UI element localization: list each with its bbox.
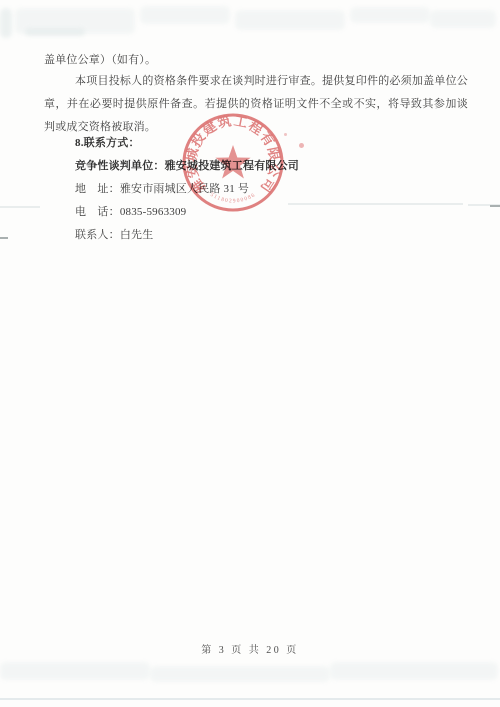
scan-streak xyxy=(288,203,463,205)
contact-person-label: 联系人： xyxy=(75,229,120,241)
scanned-document-page: 盖单位公章）（如有）。 本项目投标人的资格条件要求在谈判时进行审查。提供复印件的… xyxy=(0,0,500,707)
contact-person-value: 白先生 xyxy=(120,229,154,241)
scan-streak xyxy=(0,206,40,208)
phone-label: 电 话： xyxy=(75,206,120,218)
seal-star-icon xyxy=(215,145,250,178)
scan-smudge xyxy=(140,6,230,24)
scan-smudge xyxy=(235,10,345,30)
scan-smudge xyxy=(25,28,85,36)
page-number-footer: 第 3 页 共 20 页 xyxy=(0,641,500,656)
scan-edge-mark xyxy=(0,237,8,239)
phone-value: 0835-5963309 xyxy=(120,206,187,218)
scan-edge-line xyxy=(0,698,500,700)
continuation-line: 盖单位公章）（如有）。 xyxy=(44,49,468,72)
scan-smudge xyxy=(350,7,430,23)
seal-registration-code: 511802900086 xyxy=(209,192,257,205)
ink-speck xyxy=(299,143,304,148)
address-label: 地 址： xyxy=(75,183,120,195)
negotiation-unit-label: 竞争性谈判单位： xyxy=(75,160,165,172)
scan-smudge xyxy=(150,666,330,682)
contact-person-line: 联系人：白先生 xyxy=(75,224,375,247)
scan-smudge xyxy=(430,10,496,28)
company-seal-stamp: 雅安城投建筑工程有限公司 511802900086 xyxy=(182,113,284,212)
scan-smudge xyxy=(0,662,150,680)
scan-smudge xyxy=(0,8,12,38)
scan-smudge xyxy=(330,662,498,680)
ink-speck xyxy=(284,133,287,136)
scan-edge-mark xyxy=(490,205,500,207)
